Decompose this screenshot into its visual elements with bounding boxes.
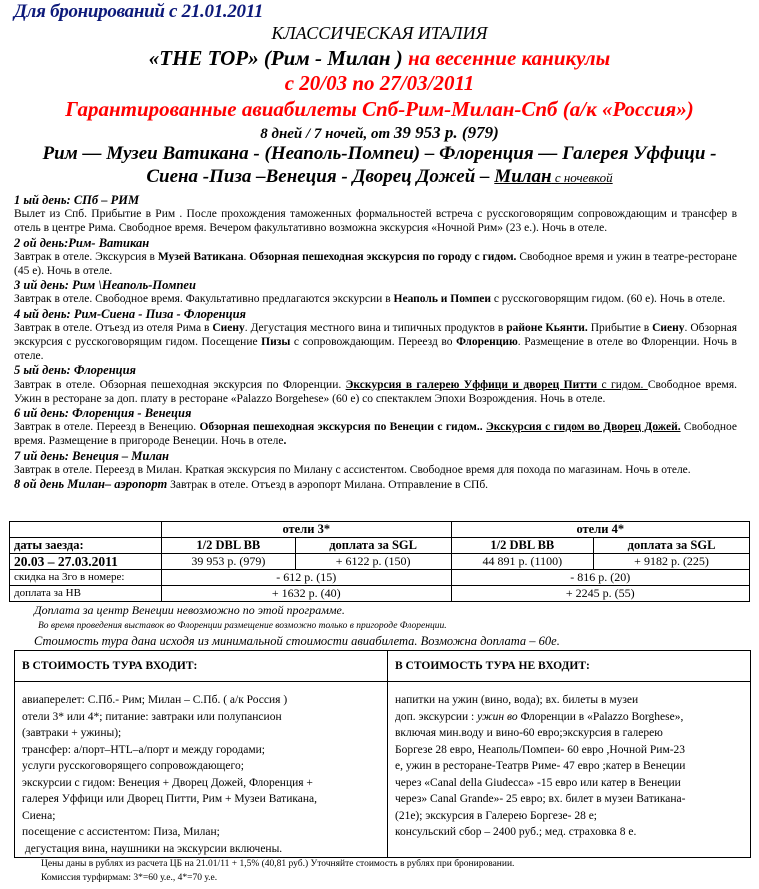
- day-3-text-b: с русскоговорящим гидом. (60 е). Ночь в …: [491, 293, 725, 305]
- discount-hotel-3: - 612 р. (15): [162, 570, 452, 586]
- duration-text: 8 дней / 7 ночей, от: [260, 126, 394, 142]
- hotel-4-sgl-header: доплата за SGL: [594, 538, 750, 554]
- day-7-text: Завтрак в отеле. Переезд в Милан. Кратка…: [14, 463, 737, 477]
- day-2-bold-b: Обзорная пешеходная экскурсия по городу …: [249, 251, 516, 263]
- exchange-rate-note: Цены даны в рублях из расчета ЦБ на 21.0…: [41, 857, 514, 871]
- day-3-text: Завтрак в отеле. Свободное время. Факуль…: [14, 292, 737, 306]
- day-4-text-a: Завтрак в отеле. Отъезд из отеля Рима в: [14, 322, 212, 334]
- hotel-4-dbl-header: 1/2 DBL BB: [451, 538, 594, 554]
- tour-program: 1 ый день: СПб – РИМ Вылет из Спб. Прибы…: [14, 193, 737, 492]
- tour-dates: с 20/03 по 27/03/2011: [0, 71, 759, 96]
- day-4-bold-c: Сиену: [652, 322, 684, 334]
- list-item: авиаперелет: С.Пб.- Рим; Милан – С.Пб. (…: [22, 692, 380, 709]
- excluded-list: напитки на ужин (вино, вода); вх. билеты…: [388, 682, 751, 858]
- route-milan: Милан: [494, 166, 551, 187]
- day-4-text: Завтрак в отеле. Отъезд из отеля Рима в …: [14, 321, 737, 364]
- venice-center-note: Доплата за центр Венеции невозможно по э…: [34, 603, 345, 618]
- list-item: трансфер: а/порт–HTL–а/порт и между горо…: [22, 742, 380, 759]
- day-2-text-a: Завтрак в отеле. Экскурсия в: [14, 251, 158, 263]
- day-8-text: Завтрак в отеле. Отъезд в аэропорт Милан…: [167, 479, 488, 491]
- day-6-text-a: Завтрак в отеле. Переезд в Венецию.: [14, 421, 199, 433]
- price-table: отели 3* отели 4* даты заезда: 1/2 DBL B…: [9, 521, 750, 602]
- list-item: Сиена;: [22, 808, 380, 825]
- discount-hotel-4: - 816 р. (20): [451, 570, 749, 586]
- guaranteed-flights: Гарантированные авиабилеты Спб-Рим-Милан…: [0, 97, 759, 122]
- day-3-title: 3 ий день: Рим \Неаполь-Помпеи: [14, 278, 737, 292]
- day-1-title: 1 ый день: СПб – РИМ: [14, 193, 737, 207]
- day-5-bold-underlined: Экскурсия в галерею Уффици и дворец Питт…: [346, 379, 598, 391]
- day-6-bold-underlined: Экскурсия с гидом во Дворец Дожей.: [486, 421, 681, 433]
- day-6-bold-a: Обзорная пешеходная экскурсия по Венеции…: [199, 421, 479, 433]
- list-item: Боргезе 28 евро, Неаполь/Помпеи- 60 евро…: [395, 742, 743, 759]
- footer: Цены даны в рублях из расчета ЦБ на 21.0…: [41, 857, 514, 885]
- price-subheader-row: даты заезда: 1/2 DBL BB доплата за SGL 1…: [10, 538, 750, 554]
- day-8: 8 ой день Милан– аэропорт Завтрак в отел…: [14, 477, 737, 492]
- hotel-3-dbl-header: 1/2 DBL BB: [162, 538, 296, 554]
- list-item: доп. экскурсии : ужин во Флоренции в «Pa…: [395, 709, 743, 726]
- day-1-text: Вылет из Спб. Прибытие в Рим . После про…: [14, 207, 737, 235]
- route-line-2-main: Сиена -Пиза –Венеция - Дворец Дожей –: [146, 166, 494, 187]
- day-6-text: Завтрак в отеле. Переезд в Венецию. Обзо…: [14, 420, 737, 448]
- day-6-title: 6 ий день: Флоренция - Венеция: [14, 406, 737, 420]
- half-board-hotel-3: + 1632 р. (40): [162, 586, 452, 602]
- date-range: 20.03 – 27.03.2011: [10, 554, 162, 570]
- list-item: галерея Уффици или Дворец Питти, Рим + М…: [22, 791, 380, 808]
- day-3-bold-a: Неаполь и Помпеи: [394, 293, 491, 305]
- empty-header-cell: [10, 522, 162, 538]
- list-item: через» Canal Grande»- 25 евро; вх. билет…: [395, 791, 743, 808]
- price-header-row: отели 3* отели 4*: [10, 522, 750, 538]
- list-item: е, ужин в ресторане-Театрв Риме- 47 евро…: [395, 758, 743, 775]
- included-title: В СТОИМОСТЬ ТУРА ВХОДИТ:: [15, 651, 388, 682]
- day-5-text-a: Завтрак в отеле. Обзорная пешеходная экс…: [14, 379, 346, 391]
- hotel-4-header: отели 4*: [451, 522, 749, 538]
- tour-name: «THE TOP» (Рим - Милан ): [149, 46, 403, 70]
- tour-name-line: «THE TOP» (Рим - Милан ) на весенние кан…: [0, 46, 759, 71]
- half-board-hotel-4: + 2245 р. (55): [451, 586, 749, 602]
- day-5-text: Завтрак в отеле. Обзорная пешеходная экс…: [14, 378, 737, 406]
- list-item: услуги русскоговорящего сопровождающего;: [22, 758, 380, 775]
- tour-duration: 8 дней / 7 ночей, от 39 953 р. (979): [0, 123, 759, 143]
- florence-exhibition-note: Во время проведения выставок во Флоренци…: [38, 621, 447, 631]
- inclusions-table: В СТОИМОСТЬ ТУРА ВХОДИТ: В СТОИМОСТЬ ТУР…: [14, 650, 751, 858]
- day-5-title: 5 ый день: Флоренция: [14, 363, 737, 377]
- tour-category: КЛАССИЧЕСКАЯ ИТАЛИЯ: [0, 23, 759, 44]
- half-board-label: доплата за НВ: [10, 586, 162, 602]
- day-6-bold-end: .: [283, 435, 286, 447]
- day-4-text-c: Прибытие в: [588, 322, 652, 334]
- list-item: посещение с ассистентом: Пиза, Милан;: [22, 824, 380, 841]
- day-4-bold-b: районе Кьянти.: [506, 322, 588, 334]
- hotel-4-sgl-price: + 9182 р. (225): [594, 554, 750, 570]
- list-item: консульский сбор – 2400 руб.; мед. страх…: [395, 824, 743, 841]
- excluded-line-2-a: доп. экскурсии :: [395, 711, 477, 723]
- hotel-3-sgl-price: + 6122 р. (150): [295, 554, 451, 570]
- tour-season: на весенние каникулы: [403, 46, 610, 70]
- day-4-text-e: с сопровождающим. Переезд во: [290, 336, 456, 348]
- list-item: дегустация вина, наушники на экскурсии в…: [22, 841, 380, 858]
- route-line-2: Сиена -Пиза –Венеция - Дворец Дожей – Ми…: [0, 166, 759, 188]
- list-item: (завтраки + ужины);: [22, 725, 380, 742]
- airfare-note: Стоимость тура дана исходя из минимально…: [34, 634, 560, 649]
- list-item: напитки на ужин (вино, вода); вх. билеты…: [395, 692, 743, 709]
- day-2-title: 2 ой день:Рим- Ватикан: [14, 236, 737, 250]
- list-item: через «Canal della Giudecca» -15 евро ил…: [395, 775, 743, 792]
- excluded-line-2-b: Флоренции в «Palazzo Borghese»,: [518, 711, 684, 723]
- day-4-text-b: . Дегустация местного вина и типичных пр…: [245, 322, 506, 334]
- day-4-title: 4 ый день: Рим-Сиена - Пиза - Флоренция: [14, 307, 737, 321]
- list-item: (21е); экскурсия в Галерею Боргезе- 28 е…: [395, 808, 743, 825]
- list-item: отели 3* или 4*; питание: завтраки или п…: [22, 709, 380, 726]
- day-2-text: Завтрак в отеле. Экскурсия в Музей Ватик…: [14, 250, 737, 278]
- discount-label: скидка на 3го в номере:: [10, 570, 162, 586]
- day-5-underlined: с гидом.: [597, 379, 648, 391]
- table-row: 20.03 – 27.03.2011 39 953 р. (979) + 612…: [10, 554, 750, 570]
- day-2-bold-a: Музей Ватикана: [158, 251, 244, 263]
- duration-price: 39 953 р. (979): [394, 123, 499, 142]
- half-board-row: доплата за НВ + 1632 р. (40) + 2245 р. (…: [10, 586, 750, 602]
- hotel-3-sgl-header: доплата за SGL: [295, 538, 451, 554]
- day-4-bold-d: Пизы: [261, 336, 290, 348]
- hotel-3-dbl-price: 39 953 р. (979): [162, 554, 296, 570]
- excluded-line-2-italic: ужин во: [477, 711, 517, 723]
- agency-commission: Комиссия турфирмам: 3*=60 у.е., 4*=70 у.…: [41, 871, 514, 885]
- day-4-bold-e: Флоренцию: [456, 336, 518, 348]
- included-list: авиаперелет: С.Пб.- Рим; Милан – С.Пб. (…: [15, 682, 388, 858]
- day-4-bold-a: Сиену: [212, 322, 244, 334]
- dates-label: даты заезда:: [10, 538, 162, 554]
- discount-row: скидка на 3го в номере: - 612 р. (15) - …: [10, 570, 750, 586]
- booking-date-note: Для бронирований с 21.01.2011: [14, 1, 263, 23]
- day-8-title: 8 ой день Милан– аэропорт: [14, 477, 167, 491]
- hotel-4-dbl-price: 44 891 р. (1100): [451, 554, 594, 570]
- list-item: включая мин.воду и вино-60 евро;экскурси…: [395, 725, 743, 742]
- hotel-3-header: отели 3*: [162, 522, 452, 538]
- route-overnight: с ночевкой: [552, 170, 613, 185]
- inclusions-header-row: В СТОИМОСТЬ ТУРА ВХОДИТ: В СТОИМОСТЬ ТУР…: [15, 651, 751, 682]
- route-line-1: Рим — Музеи Ватикана - (Неаполь-Помпеи) …: [0, 143, 759, 165]
- day-7-title: 7 ий день: Венеция – Милан: [14, 449, 737, 463]
- inclusions-body-row: авиаперелет: С.Пб.- Рим; Милан – С.Пб. (…: [15, 682, 751, 858]
- day-3-text-a: Завтрак в отеле. Свободное время. Факуль…: [14, 293, 394, 305]
- list-item: экскурсии с гидом: Венеция + Дворец Доже…: [22, 775, 380, 792]
- excluded-title: В СТОИМОСТЬ ТУРА НЕ ВХОДИТ:: [388, 651, 751, 682]
